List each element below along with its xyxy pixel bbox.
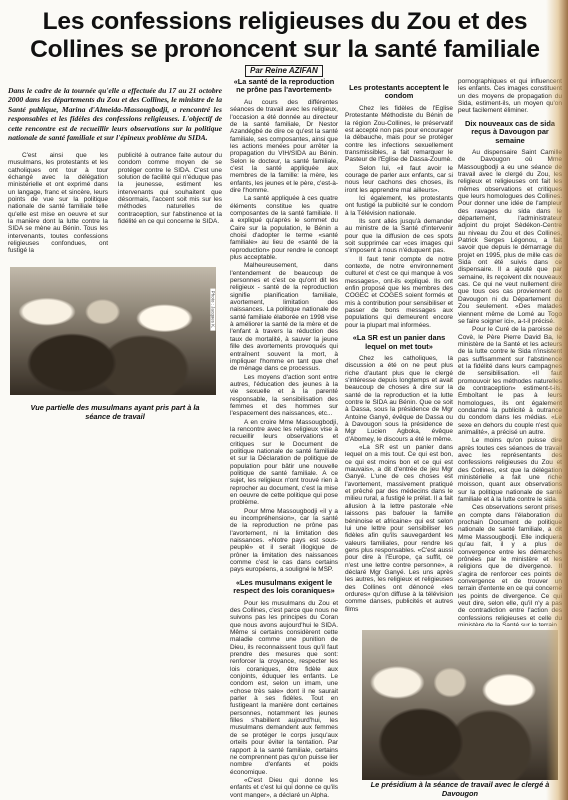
newspaper-page: Les confessions religieuses du Zou et de… xyxy=(0,0,568,800)
photo-caption-2: Le présidium à la séance de travail avec… xyxy=(360,781,560,798)
paragraph: Ils sont allés jusqu'à demander au minis… xyxy=(345,218,453,255)
paragraph: Ici également, les protestants ont fusti… xyxy=(345,195,453,217)
photo-muslim-delegates: Photo : Jacques K. xyxy=(10,267,216,395)
subhead-muslims: «Les musulmans exigent le respect des lo… xyxy=(230,579,338,596)
intro-column-2: publicité à outrance faite autour du con… xyxy=(118,152,222,226)
intro-column-1: C'est ainsi que les musulmans, les prote… xyxy=(8,152,108,256)
paragraph: Chez les fidèles de l'Eglise Protestante… xyxy=(345,105,453,164)
photo-caption-1: Vue partielle des musulmans ayant pris p… xyxy=(30,404,200,421)
intro-paragraph-1: C'est ainsi que les musulmans, les prote… xyxy=(8,152,108,255)
photo-presidium-davougon xyxy=(362,630,558,780)
intro-paragraph-2: publicité à outrance faite autour du con… xyxy=(118,152,222,225)
photo-credit: Photo : Jacques K. xyxy=(211,289,216,331)
paragraph: Les moyens d'action sont entre autres, l… xyxy=(230,374,338,418)
paragraph: La santé appliquée à ces quatre éléments… xyxy=(230,195,338,261)
headline: Les confessions religieuses du Zou et de… xyxy=(20,8,550,64)
paragraph: Pour les musulmans du Zou et des Colline… xyxy=(230,600,338,776)
paragraph: Pour Mme Massougbodji «il y a eu incompr… xyxy=(230,508,338,574)
paragraph: Chez les catholiques, la discussion a ét… xyxy=(345,355,453,443)
subhead-catholics: «La SR est un panier dans lequel on met … xyxy=(345,334,453,351)
article-column-4: Les protestants acceptent le condom Chez… xyxy=(345,84,453,626)
paragraph: «La SR est un panier dans lequel on a mi… xyxy=(345,444,453,613)
paragraph: «C'est Dieu qui donne les enfants et c'e… xyxy=(230,777,338,798)
subhead-protestants: Les protestants acceptent le condom xyxy=(345,84,453,101)
page-edge-stain xyxy=(546,0,568,800)
paragraph: A en croire Mme Massougbodji, la rencont… xyxy=(230,419,338,507)
article-column-3: «La santé de la reproduction ne prône pa… xyxy=(230,78,338,798)
paragraph: Selon lui, «il faut avoir le courage de … xyxy=(345,165,453,194)
subhead-reproduction: «La santé de la reproduction ne prône pa… xyxy=(230,78,338,95)
paragraph: Il faut tenir compte de notre contexte, … xyxy=(345,256,453,329)
byline: Par Reine AZIFAN xyxy=(245,65,323,77)
paragraph: Malheureusement, dans l'entendement de b… xyxy=(230,262,338,372)
paragraph: Au cours des différentes séances de trav… xyxy=(230,99,338,194)
lede-paragraph: Dans le cadre de la tournée qu'elle a ef… xyxy=(8,86,222,142)
